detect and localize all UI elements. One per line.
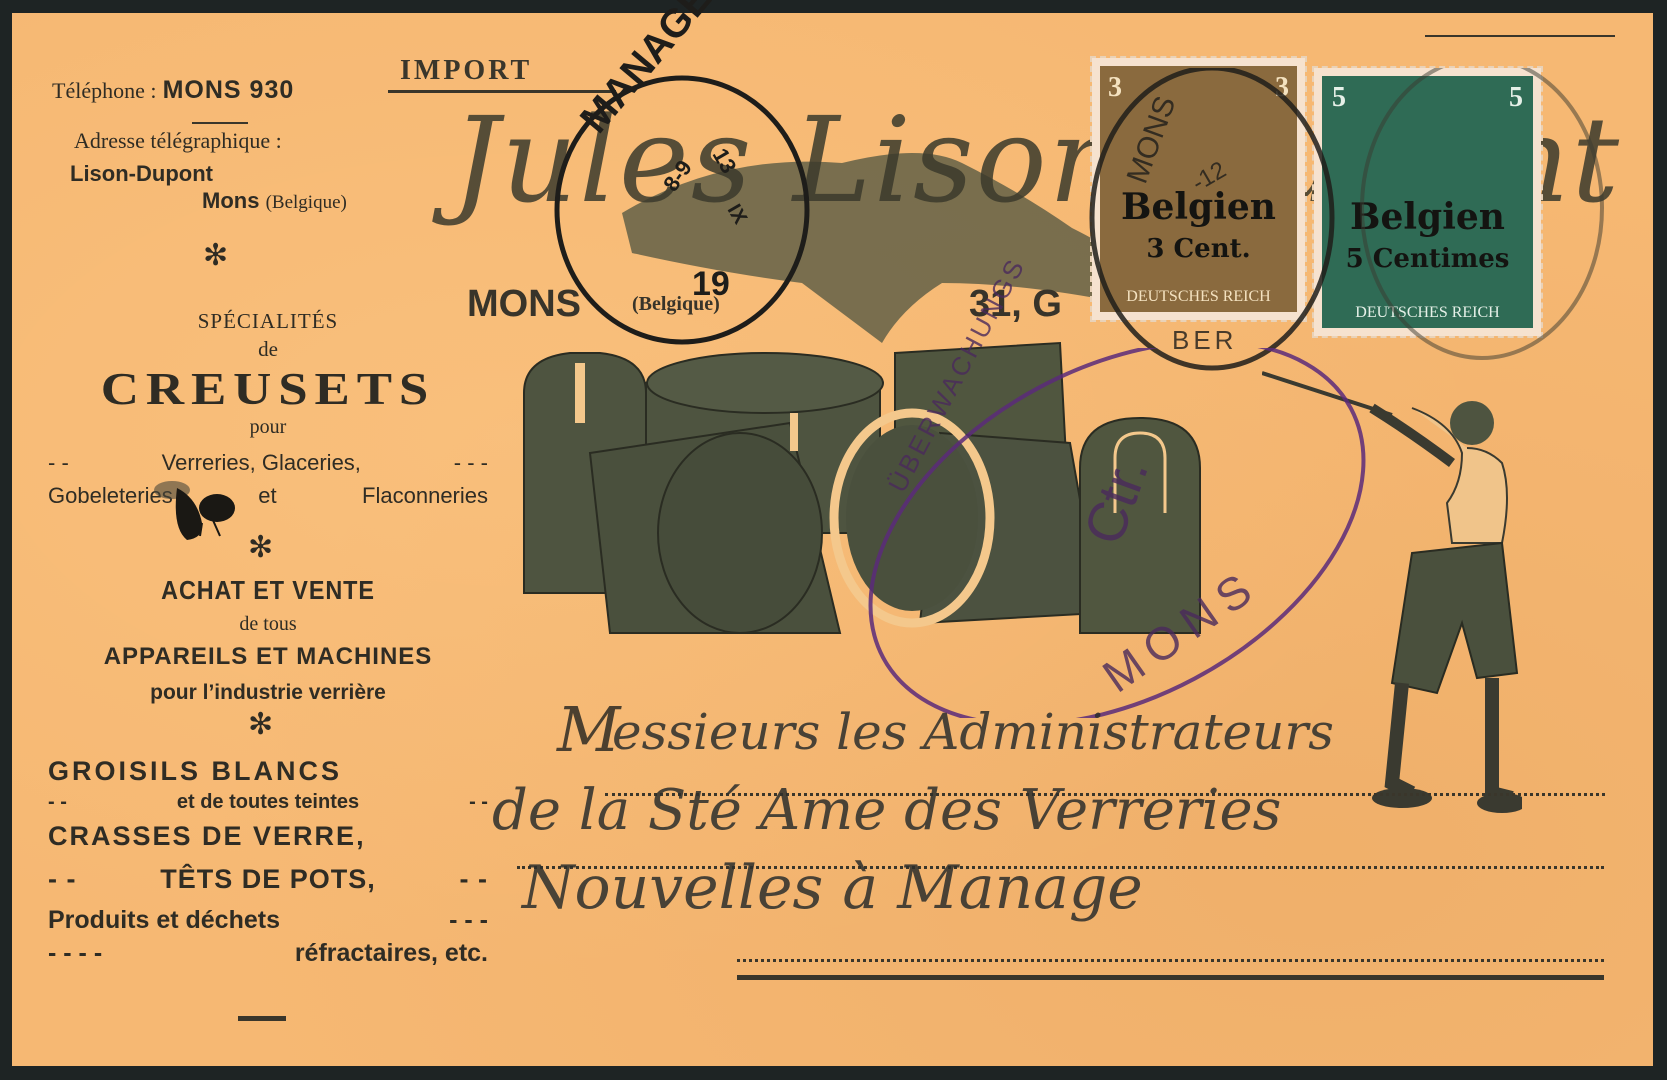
telegraph-label: Adresse télégraphique :	[74, 128, 282, 154]
industrie-text: pour l’industrie verrière	[48, 681, 488, 705]
stamp-box-line	[1425, 35, 1615, 37]
dashes: - -	[48, 791, 67, 814]
dashes: - - -	[449, 906, 488, 935]
telegraph-city-name: Mons	[202, 188, 259, 213]
groisils-heading: GROISILS BLANCS	[48, 756, 488, 787]
verreries-line: - - Verreries, Glaceries, - - -	[48, 450, 488, 476]
et-text: et	[258, 483, 276, 509]
gobeleteries-line: Gobeleteries et Flaconneries	[48, 483, 488, 509]
tets-line: - - TÊTS DE POTS, - -	[48, 864, 488, 895]
import-label: IMPORT	[400, 55, 532, 87]
dashes: - - -	[454, 450, 488, 476]
achat-heading: ACHAT ET VENTE	[70, 575, 466, 606]
address-line-3: Nouvelles à Manage	[522, 853, 1143, 923]
de-text: de	[48, 337, 488, 362]
address-line-3-rule	[737, 959, 1604, 962]
address-line-1: essieurs les Administrateurs	[612, 703, 1334, 761]
divider	[192, 122, 248, 124]
crasses-heading: CRASSES DE VERRE,	[48, 821, 488, 852]
de-tous-text: de tous	[48, 613, 488, 636]
produits-line: Produits et déchets - - -	[48, 906, 488, 935]
telegraph-name: Lison-Dupont	[70, 161, 213, 187]
salutation-initial: M	[557, 693, 620, 766]
telegraph-country: (Belgique)	[266, 192, 347, 213]
dashes: - -	[460, 864, 488, 895]
telephone-number: MONS 930	[163, 76, 295, 104]
pour-text: pour	[48, 416, 488, 439]
teintes-text: et de toutes teintes	[177, 791, 359, 814]
postcard: Téléphone : MONS 930 Adresse télégraphiq…	[12, 13, 1653, 1066]
end-rule	[238, 1016, 286, 1021]
ornament-icon: ✻	[248, 710, 273, 740]
dashes: - -	[469, 791, 488, 814]
postmark-year: 19	[692, 265, 730, 304]
telegraph-city: Mons (Belgique)	[202, 188, 347, 214]
dashes: - -	[48, 864, 76, 895]
specialites-heading: SPÉCIALITÉS	[48, 309, 488, 334]
flaconneries-text: Flaconneries	[362, 483, 488, 509]
dashes: - -	[48, 450, 69, 476]
dashes: - - - -	[48, 939, 102, 968]
address-line-2: de la Sté Ame des Verreries	[492, 778, 1281, 843]
ink-blot	[142, 478, 242, 558]
produits-text: Produits et déchets	[48, 906, 280, 935]
appareils-heading: APPAREILS ET MACHINES	[48, 643, 488, 671]
creusets-heading: CREUSETS	[15, 362, 521, 415]
groisils-text: GROISILS BLANCS	[48, 756, 488, 787]
refractaires-line: - - - - réfractaires, etc.	[48, 939, 488, 968]
address-underline	[737, 975, 1604, 980]
refractaires-text: réfractaires, etc.	[295, 939, 488, 968]
ornament-icon: ✻	[203, 241, 228, 271]
telephone-label: Téléphone :	[52, 78, 156, 103]
teintes-line: - - et de toutes teintes - -	[48, 791, 488, 814]
crasses-text: CRASSES DE VERRE,	[48, 821, 366, 852]
telephone-line: Téléphone : MONS 930	[52, 76, 294, 105]
tets-text: TÊTS DE POTS,	[160, 864, 376, 895]
ornament-icon: ✻	[248, 533, 273, 563]
verreries-text: Verreries, Glaceries,	[162, 450, 361, 476]
